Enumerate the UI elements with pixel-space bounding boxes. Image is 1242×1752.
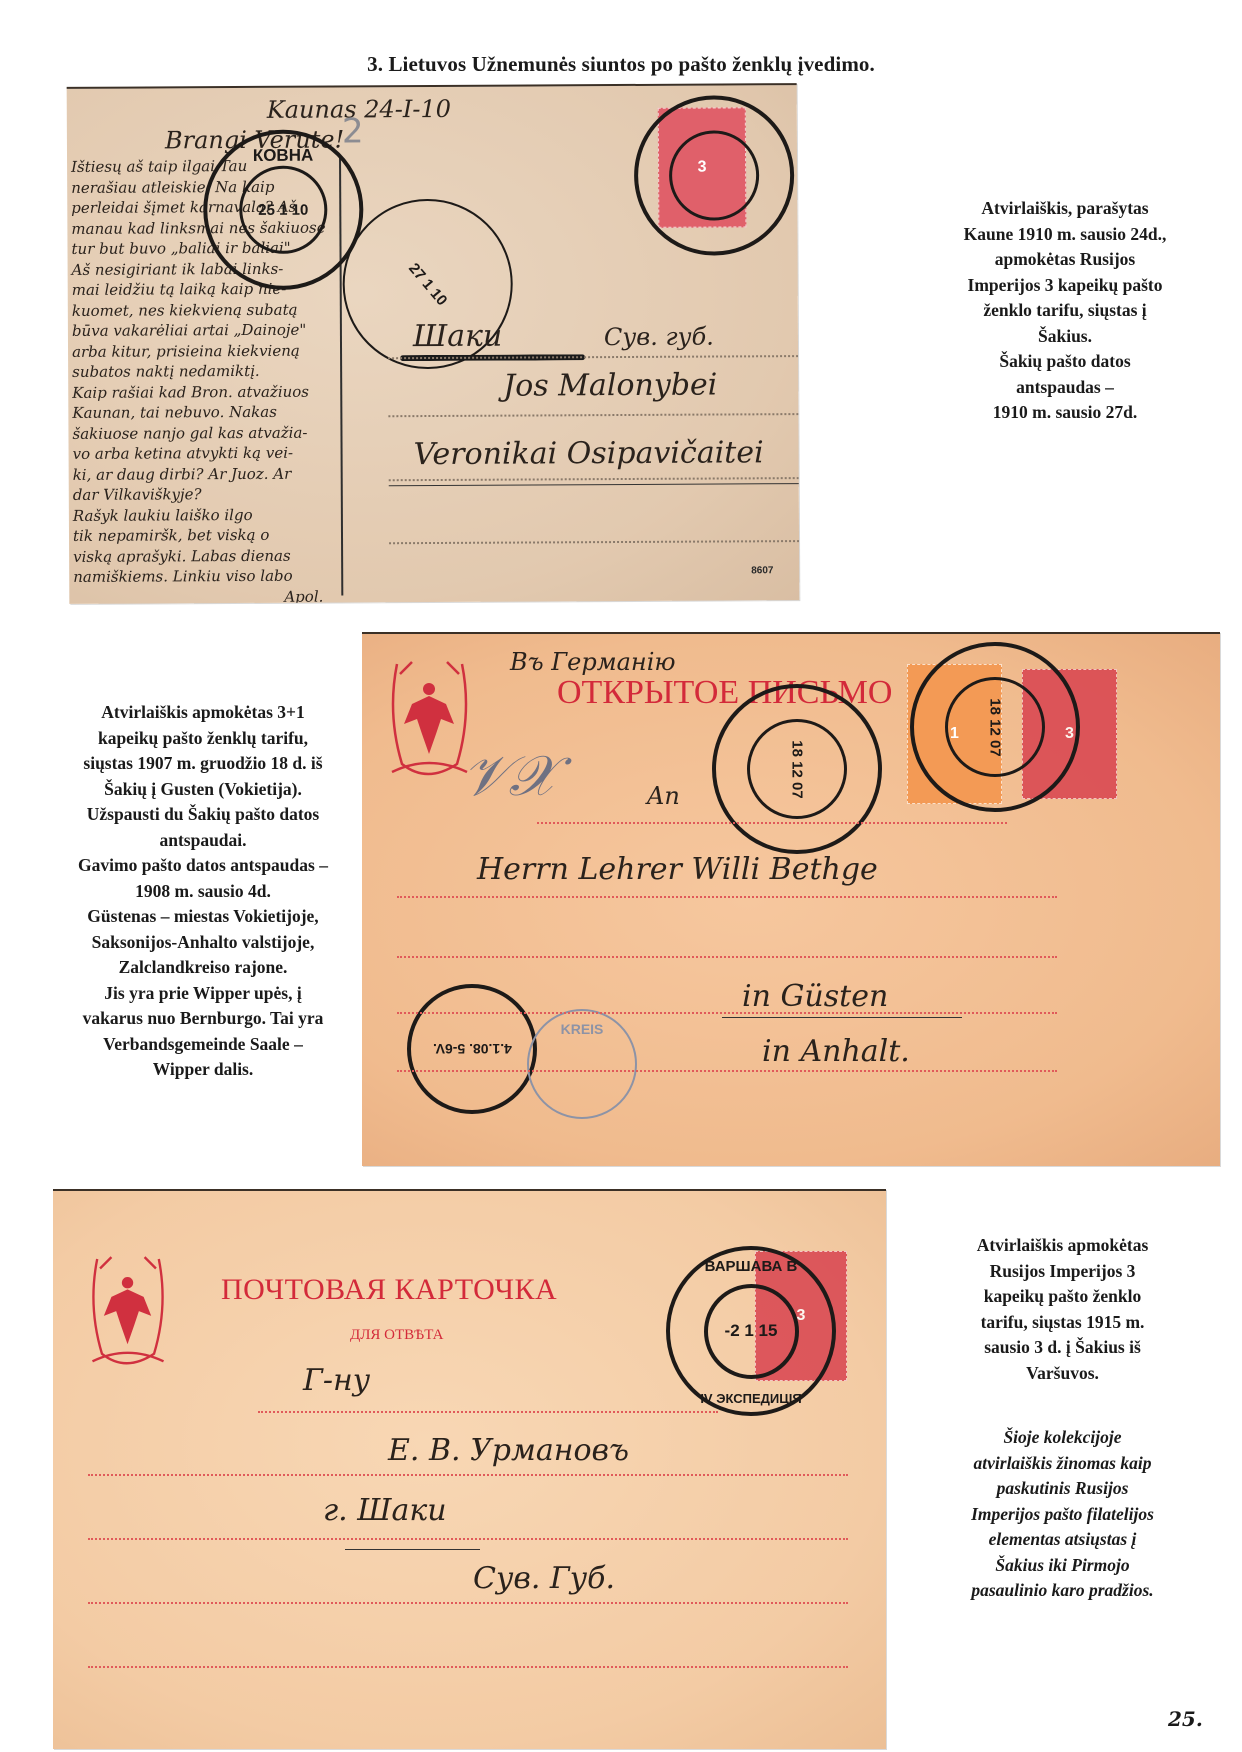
caption-line: ženklo tarifu, siųstas į [925, 298, 1205, 324]
page-title: 3. Lietuvos Užnemunės siuntos po pašto ž… [0, 52, 1242, 77]
caption-line: Atvirlaiškis apmokėtas [925, 1233, 1200, 1259]
caption-line: Wipper dalis. [58, 1057, 348, 1083]
postcard-kaunas-1910: Kaunas 24-I-10 Brangi Verute! Ištiesų aš… [67, 83, 800, 604]
caption-line: Varšuvos. [925, 1361, 1200, 1387]
postcard-warsaw-1915: ПОЧТОВАЯ КАРТОЧКА ДЛЯ ОТВѢТА 3 -2 1 15 В… [53, 1189, 886, 1749]
postmark-kovna-1: 25 1 10 КОВНА [203, 129, 364, 290]
address-rule [389, 540, 799, 544]
card-serial: 8607 [751, 565, 773, 576]
caption-line: tarifu, siųstas 1915 m. [925, 1310, 1200, 1336]
postmark-varshava: -2 1 15 ВАРШАВА В IV ЭКСПЕДИЦІЯ [666, 1246, 836, 1416]
address-rule [88, 1538, 848, 1540]
caption-line: Saksonijos-Anhalto valstijoje, [58, 930, 348, 956]
caption-card-1: Atvirlaiškis, parašytasKaune 1910 m. sau… [925, 196, 1205, 426]
address-rule [258, 1411, 718, 1413]
message-line: Apol. [284, 584, 323, 604]
postmark-halle: 4.1.08. 5-6V. [407, 984, 537, 1114]
address-line-3: Veronikai Osipavičaitei [413, 435, 763, 472]
pencil-scribble: 𝒱𝒳 [462, 744, 557, 810]
address-rule [88, 1474, 848, 1476]
postmark-date: 25 1 10 [258, 201, 308, 218]
caption-line: apmokėtas Rusijos [925, 247, 1205, 273]
message-line: namiškiems. Linkiu viso labo [73, 564, 293, 590]
route-note: Въ Германію [510, 648, 676, 676]
caption-line: Jis yra prie Wipper upės, į [58, 981, 348, 1007]
postmark-kreis: KREIS [527, 1009, 637, 1119]
caption-line: vakarus nuo Bernburgo. Tai yra [58, 1006, 348, 1032]
message-body: Ištiesų aš taip ilgai Taunerašiau atleis… [67, 85, 797, 89]
postmark-date: 18 12 07 [986, 698, 1003, 756]
caption-line: 1908 m. sausio 4d. [58, 879, 348, 905]
caption-line: Šakių pašto datos [925, 349, 1205, 375]
address-line-1: Г-ну [303, 1363, 370, 1398]
address-line-3: in Güsten [742, 979, 888, 1014]
page-number: 25. [1168, 1707, 1203, 1731]
address-rule [88, 1666, 848, 1668]
caption-line: Užspausti du Šakių pašto datos [58, 802, 348, 828]
note-line: elementas atsiųstas į [915, 1527, 1210, 1553]
caption-line: sausio 3 d. į Šakius iš [925, 1335, 1200, 1361]
postmark-date: 18 12 07 [788, 740, 805, 798]
underline [345, 1549, 480, 1550]
postmark-place: ВАРШАВА В [705, 1258, 798, 1275]
printed-subheader: ДЛЯ ОТВѢТА [350, 1327, 443, 1344]
address-line-3: г. Шаки [323, 1493, 447, 1528]
address-line-2: Jos Malonybei [503, 368, 717, 404]
postmark-date: 27 1 10 [405, 259, 450, 308]
postmark-place: KREIS [561, 1021, 604, 1037]
caption-card-3: Atvirlaiškis apmokėtasRusijos Imperijos … [925, 1233, 1200, 1386]
caption-card-2: Atvirlaiškis apmokėtas 3+1kapeikų pašto … [58, 700, 348, 1083]
postmark-kovna-2 [634, 95, 795, 256]
imperial-eagle-crest-icon [83, 1246, 173, 1381]
underline [722, 1017, 962, 1018]
caption-line: Güstenas – miestas Vokietijoje, [58, 904, 348, 930]
caption-line: Šakius. [925, 324, 1205, 350]
caption-line: Imperijos 3 kapeikų pašto [925, 273, 1205, 299]
postmark-shaki-suv-2: 18 12 07 [910, 642, 1080, 812]
address-line-2: Е. В. Урмановъ [388, 1433, 629, 1468]
note-line: Šioje kolekcijoje [915, 1425, 1210, 1451]
caption-line: antspaudas – [925, 375, 1205, 401]
caption-line: 1910 m. sausio 27d. [925, 400, 1205, 426]
caption-line: kapeikų pašto ženklo [925, 1284, 1200, 1310]
caption-line: Zalclandkreiso rajone. [58, 955, 348, 981]
postmark-place: КОВНА [253, 146, 314, 166]
note-line: Imperijos pašto filatelijos [915, 1502, 1210, 1528]
address-line-2: Herrn Lehrer Willi Bethge [477, 852, 878, 887]
address-line-1: An [647, 782, 680, 810]
address-rule [397, 1012, 1057, 1014]
postmark-bottom-text: IV ЭКСПЕДИЦІЯ [700, 1391, 801, 1406]
address-rule [397, 1070, 1057, 1072]
caption-line: Rusijos Imperijos 3 [925, 1259, 1200, 1285]
address-province: Сув. губ. [604, 323, 714, 352]
pencil-mark: 2 [342, 111, 364, 151]
address-rule [388, 413, 799, 417]
postcard-sakiai-1907: Въ Германію ОТКРЫТОЕ ПИСЬМО 1 3 18 12 07… [362, 632, 1220, 1166]
address-rule [88, 1602, 848, 1604]
address-line-4: in Anhalt. [762, 1034, 910, 1069]
postmark-date: 4.1.08. 5-6V. [433, 1041, 512, 1057]
note-line: Šakius iki Pirmojo [915, 1553, 1210, 1579]
address-town: Шаки [413, 319, 503, 354]
caption-line: antspaudai. [58, 828, 348, 854]
collection-note: Šioje kolekcijojeatvirlaiškis žinomas ka… [915, 1425, 1210, 1604]
address-line-4: Сув. Губ. [473, 1561, 615, 1596]
caption-line: Kaune 1910 m. sausio 24d., [925, 222, 1205, 248]
caption-line: Šakių į Gusten (Vokietija). [58, 777, 348, 803]
postmark-date: -2 1 15 [725, 1321, 778, 1341]
caption-line: siųstas 1907 m. gruodžio 18 d. iš [58, 751, 348, 777]
address-rule [389, 477, 800, 481]
caption-line: Verbandsgemeinde Saale – [58, 1032, 348, 1058]
postmark-shaki-suv-1: 18 12 07 [712, 684, 882, 854]
note-line: paskutinis Rusijos [915, 1476, 1210, 1502]
printed-header: ПОЧТОВАЯ КАРТОЧКА [221, 1273, 557, 1307]
address-rule [389, 483, 800, 486]
note-line: atvirlaiškis žinomas kaip [915, 1451, 1210, 1477]
caption-line: kapeikų pašto ženklų tarifu, [58, 726, 348, 752]
address-rule [537, 822, 1007, 824]
caption-line: Atvirlaiškis apmokėtas 3+1 [58, 700, 348, 726]
caption-line: Gavimo pašto datos antspaudas – [58, 853, 348, 879]
caption-line: Atvirlaiškis, parašytas [925, 196, 1205, 222]
address-rule [397, 956, 1057, 958]
note-line: pasaulinio karo pradžios. [915, 1578, 1210, 1604]
address-rule [397, 896, 1057, 898]
